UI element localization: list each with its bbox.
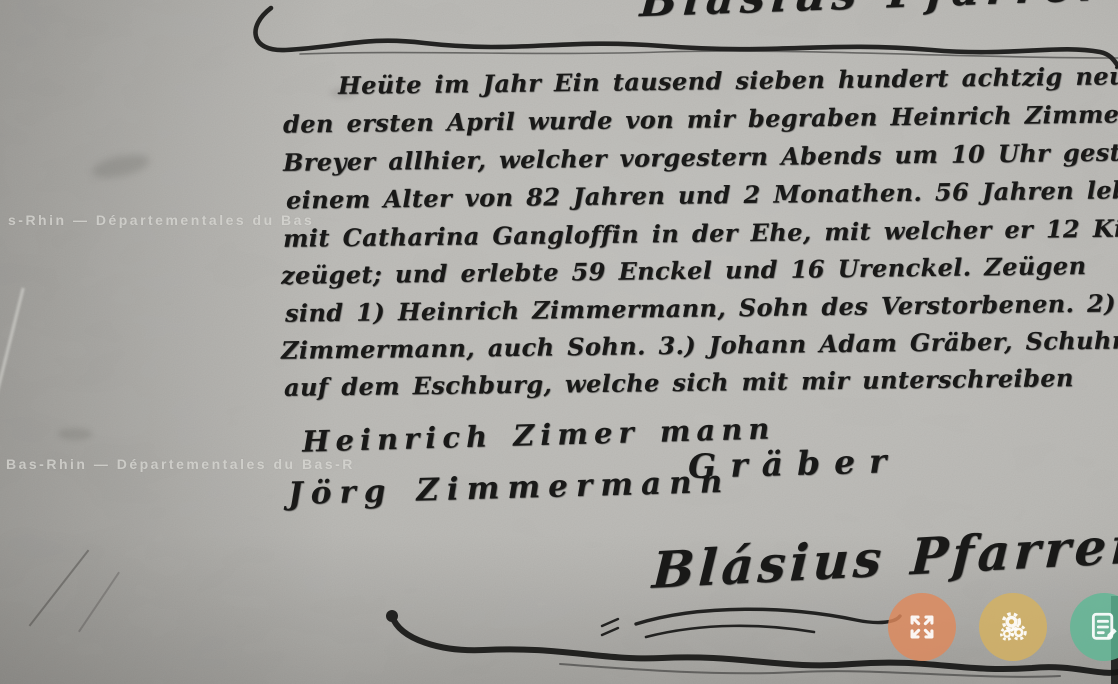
fullscreen-button[interactable] — [888, 593, 956, 661]
manuscript-line: mit Catharina Gangloffin in der Ehe, mit… — [283, 212, 1118, 253]
scanned-register-page: s-Rhin — Départementales du Bas Bas-Rhin… — [0, 0, 1118, 684]
scratch-mark — [78, 572, 120, 633]
pastor-signature: Blásius Pfarrer — [651, 515, 1118, 600]
notes-button[interactable] — [1070, 593, 1118, 661]
manuscript-line: zeüget; und erlebte 59 Enckel und 16 Ure… — [281, 251, 1087, 290]
archive-watermark: s-Rhin — Départementales du Bas — [8, 212, 314, 228]
manuscript-line: Heüte im Jahr Ein tausend sieben hundert… — [338, 61, 1118, 100]
document-edit-icon — [1087, 610, 1118, 644]
manuscript-line: den ersten April wurde von mir begraben … — [283, 98, 1118, 138]
manuscript-line: einem Alter von 82 Jahren und 2 Monathen… — [286, 174, 1118, 214]
gears-icon — [995, 609, 1031, 645]
manuscript-line: auf dem Eschburg, welche sich mit mir un… — [284, 363, 1074, 402]
expand-arrows-icon — [905, 610, 939, 644]
ink-smudge — [91, 150, 152, 182]
manuscript-line: Zimmermann, auch Sohn. 3.) Johann Adam G… — [281, 324, 1118, 365]
previous-entry-signature: Blasius Pfarrer — [638, 0, 1109, 27]
manuscript-line: Breyer allhier, welcher vorgestern Abend… — [283, 136, 1118, 177]
paper-crease — [0, 288, 25, 415]
scratch-mark — [29, 550, 90, 627]
ink-smudge — [58, 428, 92, 440]
settings-button[interactable] — [979, 593, 1047, 661]
manuscript-line: sind 1) Heinrich Zimmermann, Sohn des Ve… — [285, 287, 1118, 327]
